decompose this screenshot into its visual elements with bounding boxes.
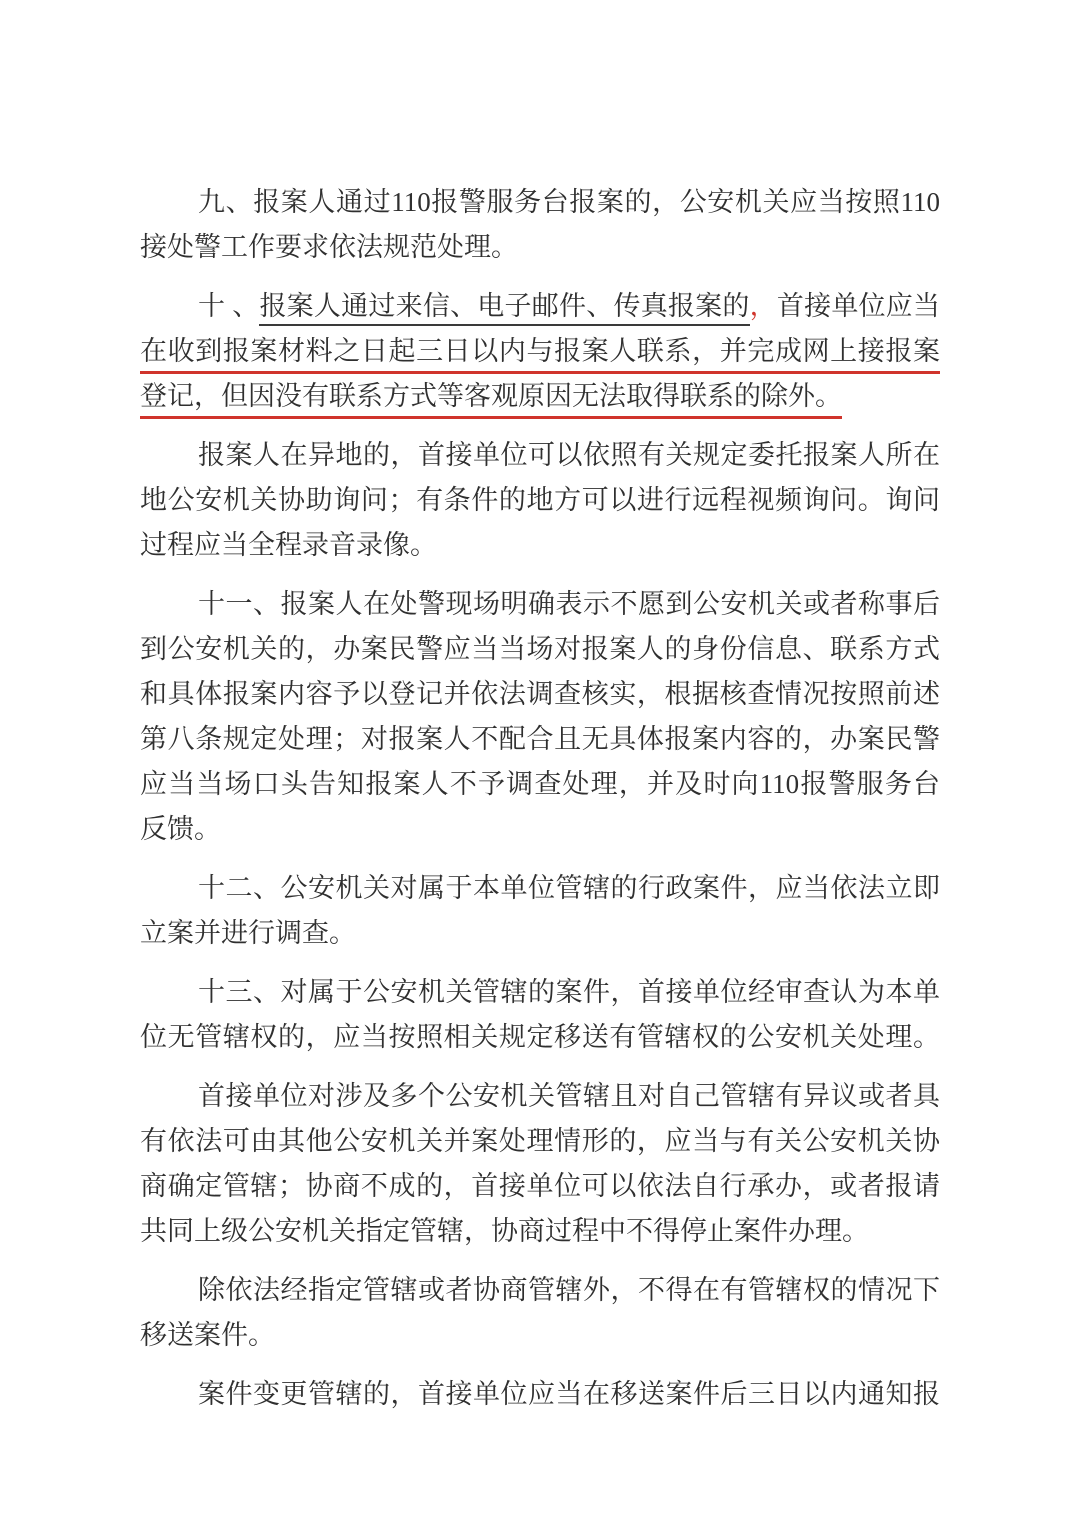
paragraph: 九、报案人通过110报警服务台报案的，公安机关应当按照110接处警工作要求依法规… <box>140 180 940 270</box>
text-line: 移送案件。 <box>140 1313 940 1358</box>
paragraph: 十三、对属于公安机关管辖的案件，首接单位经审查认为本单位无管辖权的，应当按照相关… <box>140 970 940 1060</box>
paragraph: 案件变更管辖的，首接单位应当在移送案件后三日以内通知报 <box>140 1372 940 1417</box>
text-line: 除依法经指定管辖或者协商管辖外，不得在有管辖权的情况下 <box>140 1268 940 1313</box>
text-line: 登记，但因没有联系方式等客观原因无法取得联系的除外。 <box>140 374 940 419</box>
body-text: 十一、报案人在处警现场明确表示不愿到公安机关或者称事后 <box>198 589 940 619</box>
paragraph: 首接单位对涉及多个公安机关管辖且对自己管辖有异议或者具有依法可由其他公安机关并案… <box>140 1074 940 1254</box>
text-line: 反馈。 <box>140 807 940 852</box>
body-text: 商确定管辖；协商不成的，首接单位可以依法自行承办，或者报请 <box>140 1171 940 1201</box>
red-underlined-text: 在收到报案材料之日起三日以内与报案人联系，并完成网上接报案 <box>140 336 940 374</box>
document-body: 九、报案人通过110报警服务台报案的，公安机关应当按照110接处警工作要求依法规… <box>140 180 940 1431</box>
body-text: 十三、对属于公安机关管辖的案件，首接单位经审查认为本单 <box>198 977 940 1007</box>
text-line: 十 、报案人通过来信、电子邮件、传真报案的，首接单位应当 <box>140 284 940 329</box>
body-text: 九、报案人通过110报警服务台报案的，公安机关应当按照110 <box>198 187 940 217</box>
body-text: 报案人在异地的，首接单位可以依照有关规定委托报案人所在 <box>198 440 940 470</box>
body-text: 除依法经指定管辖或者协商管辖外，不得在有管辖权的情况下 <box>198 1275 940 1305</box>
text-line: 应当当场口头告知报案人不予调查处理，并及时向110报警服务台 <box>140 762 940 807</box>
body-text: 移送案件。 <box>140 1320 275 1350</box>
paragraph: 报案人在异地的，首接单位可以依照有关规定委托报案人所在地公安机关协助询问；有条件… <box>140 433 940 568</box>
text-line: 有依法可由其他公安机关并案处理情形的，应当与有关公安机关协 <box>140 1119 940 1164</box>
red-underlined-text: 登记，但因没有联系方式等客观原因无法取得联系的除外。 <box>140 381 842 419</box>
body-text: 到公安机关的，办案民警应当当场对报案人的身份信息、联系方式 <box>140 634 940 664</box>
text-line: 过程应当全程录音录像。 <box>140 523 940 568</box>
body-text: 案件变更管辖的，首接单位应当在移送案件后三日以内通知报 <box>198 1379 940 1409</box>
text-line: 立案并进行调查。 <box>140 911 940 956</box>
text-line: 和具体报案内容予以登记并依法调查核实，根据核查情况按照前述 <box>140 672 940 717</box>
body-text: 十二、公安机关对属于本单位管辖的行政案件，应当依法立即 <box>198 873 940 903</box>
text-line: 十三、对属于公安机关管辖的案件，首接单位经审查认为本单 <box>140 970 940 1015</box>
body-text: 立案并进行调查。 <box>140 918 356 948</box>
body-text: 过程应当全程录音录像。 <box>140 530 437 560</box>
text-line: 到公安机关的，办案民警应当当场对报案人的身份信息、联系方式 <box>140 627 940 672</box>
paragraph: 十二、公安机关对属于本单位管辖的行政案件，应当依法立即立案并进行调查。 <box>140 866 940 956</box>
text-line: 首接单位对涉及多个公安机关管辖且对自己管辖有异议或者具 <box>140 1074 940 1119</box>
body-text: 接处警工作要求依法规范处理。 <box>140 232 518 262</box>
text-line: 位无管辖权的，应当按照相关规定移送有管辖权的公安机关处理。 <box>140 1015 940 1060</box>
text-line: 在收到报案材料之日起三日以内与报案人联系，并完成网上接报案 <box>140 329 940 374</box>
text-line: 接处警工作要求依法规范处理。 <box>140 225 940 270</box>
body-text: 十 、 <box>198 291 259 321</box>
body-text: 有依法可由其他公安机关并案处理情形的，应当与有关公安机关协 <box>140 1126 940 1156</box>
text-line: 商确定管辖；协商不成的，首接单位可以依法自行承办，或者报请 <box>140 1164 940 1209</box>
text-line: 共同上级公安机关指定管辖，协商过程中不得停止案件办理。 <box>140 1209 940 1254</box>
text-line: 案件变更管辖的，首接单位应当在移送案件后三日以内通知报 <box>140 1372 940 1417</box>
paragraph: 十 、报案人通过来信、电子邮件、传真报案的，首接单位应当在收到报案材料之日起三日… <box>140 284 940 419</box>
text-line: 十一、报案人在处警现场明确表示不愿到公安机关或者称事后 <box>140 582 940 627</box>
text-line: 十二、公安机关对属于本单位管辖的行政案件，应当依法立即 <box>140 866 940 911</box>
body-text: 共同上级公安机关指定管辖，协商过程中不得停止案件办理。 <box>140 1216 869 1246</box>
text-line: 第八条规定处理；对报案人不配合且无具体报案内容的，办案民警 <box>140 717 940 762</box>
red-punctuation: ， <box>750 291 777 321</box>
body-text: 第八条规定处理；对报案人不配合且无具体报案内容的，办案民警 <box>140 724 940 754</box>
body-text: 位无管辖权的，应当按照相关规定移送有管辖权的公安机关处理。 <box>140 1022 940 1052</box>
text-line: 报案人在异地的，首接单位可以依照有关规定委托报案人所在 <box>140 433 940 478</box>
text-line: 九、报案人通过110报警服务台报案的，公安机关应当按照110 <box>140 180 940 225</box>
paragraph: 十一、报案人在处警现场明确表示不愿到公安机关或者称事后到公安机关的，办案民警应当… <box>140 582 940 852</box>
text-line: 地公安机关协助询问；有条件的地方可以进行远程视频询问。询问 <box>140 478 940 523</box>
black-underlined-text: 报案人通过来信、电子邮件、传真报案的 <box>259 291 749 326</box>
body-text: 地公安机关协助询问；有条件的地方可以进行远程视频询问。询问 <box>140 485 940 515</box>
body-text: 首接单位应当 <box>777 291 940 321</box>
paragraph: 除依法经指定管辖或者协商管辖外，不得在有管辖权的情况下移送案件。 <box>140 1268 940 1358</box>
body-text: 首接单位对涉及多个公安机关管辖且对自己管辖有异议或者具 <box>198 1081 940 1111</box>
body-text: 应当当场口头告知报案人不予调查处理，并及时向110报警服务台 <box>140 769 940 799</box>
body-text: 反馈。 <box>140 814 221 844</box>
document-page: 九、报案人通过110报警服务台报案的，公安机关应当按照110接处警工作要求依法规… <box>0 0 1080 1514</box>
body-text: 和具体报案内容予以登记并依法调查核实，根据核查情况按照前述 <box>140 679 940 709</box>
